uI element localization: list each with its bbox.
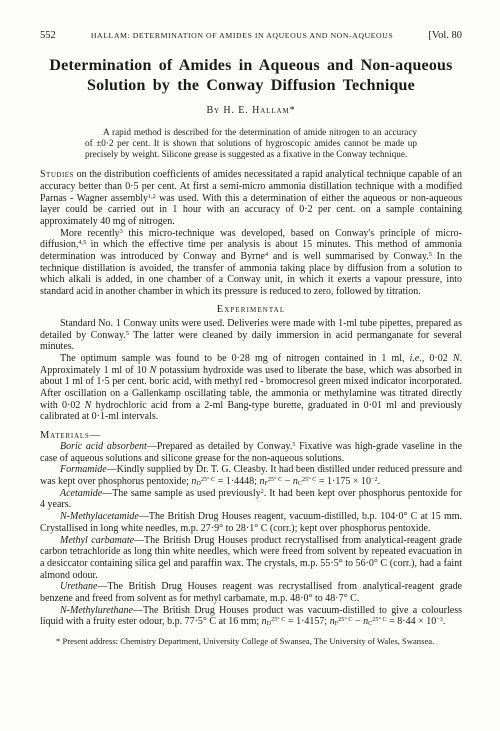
article-title: Determination of Amides in Aqueous and N…	[40, 56, 462, 97]
running-title: HALLAM: DETERMINATION OF AMIDES IN AQUEO…	[56, 31, 429, 40]
article-title-line2: Solution by the Conway Diffusion Techniq…	[40, 76, 462, 96]
intro-paragraph-1: Studies on the distribution coefficients…	[40, 169, 462, 227]
material-formamide: Formamide—Kindly supplied by Dr. T. G. C…	[40, 464, 462, 487]
experimental-heading: Experimental	[40, 304, 462, 315]
intro-paragraph-2: More recently3 this micro-technique was …	[40, 228, 462, 298]
material-n-methylurethane: N-Methylurethane—The British Drug Houses…	[40, 605, 462, 628]
volume-label: [Vol. 80	[428, 30, 462, 41]
material-urethane: Urethane—The British Drug Houses reagent…	[40, 581, 462, 604]
material-methyl-carbamate: Methyl carbamate—The British Drug Houses…	[40, 535, 462, 582]
experimental-paragraph-2: The optimum sample was found to be 0·28 …	[40, 353, 462, 423]
abstract: A rapid method is described for the dete…	[85, 127, 417, 161]
byline: By H. E. Hallam*	[40, 105, 462, 116]
material-n-methylacetamide: N-Methylacetamide—The British Drug House…	[40, 511, 462, 534]
footnote: * Present address: Chemistry Department,…	[40, 636, 462, 647]
page-number: 552	[40, 30, 56, 41]
page-header: 552 HALLAM: DETERMINATION OF AMIDES IN A…	[40, 30, 462, 41]
experimental-paragraph-1: Standard No. 1 Conway units were used. D…	[40, 318, 462, 353]
materials-heading: Materials—	[40, 430, 462, 441]
journal-page: 552 HALLAM: DETERMINATION OF AMIDES IN A…	[0, 0, 500, 731]
material-acetamide: Acetamide—The same sample as used previo…	[40, 488, 462, 511]
material-boric-acid-absorbent: Boric acid absorbent—Prepared as detaile…	[40, 441, 462, 464]
article-title-line1: Determination of Amides in Aqueous and N…	[40, 56, 462, 76]
